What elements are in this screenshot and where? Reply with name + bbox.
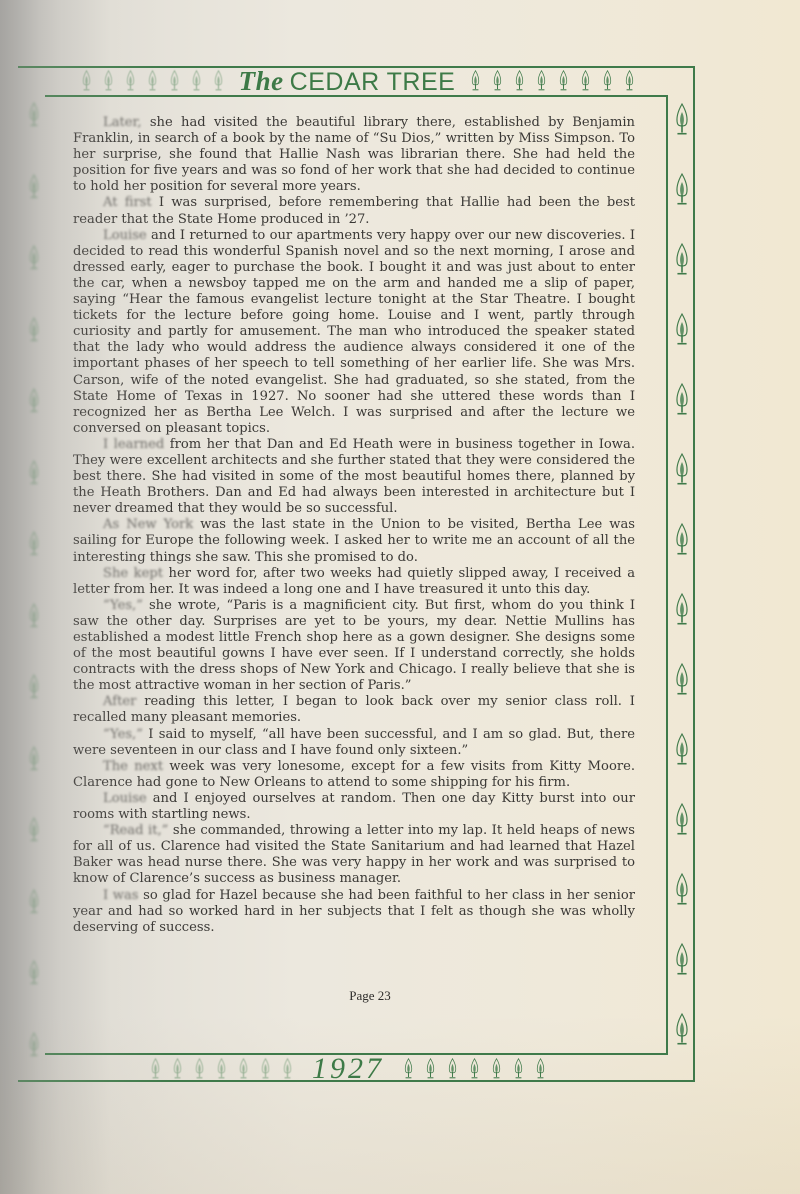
cedar-tree-icon xyxy=(557,70,570,92)
cedar-tree-icon xyxy=(28,172,40,202)
page-number: Page 23 xyxy=(310,988,430,1004)
cedar-tree-icon xyxy=(102,70,115,92)
cedar-tree-icon xyxy=(28,744,40,774)
paragraph: At first I was surprised, before remembe… xyxy=(73,195,635,227)
cedar-tree-icon xyxy=(490,1058,503,1080)
paragraph-text: so glad for Hazel because she had been f… xyxy=(73,888,635,935)
cedar-tree-icon xyxy=(674,450,690,490)
paragraph-text: I said to myself, “all have been success… xyxy=(73,727,635,758)
cedar-tree-icon xyxy=(28,315,40,345)
cedar-tree-icon xyxy=(28,243,40,273)
cedar-tree-icon xyxy=(28,458,40,488)
article-body: Later, she had visited the beautiful lib… xyxy=(73,115,635,936)
cedar-tree-icon xyxy=(28,529,40,559)
cedar-tree-icon xyxy=(171,1058,184,1080)
paragraph-lead: “Read it,” xyxy=(103,823,168,838)
cedar-tree-icon xyxy=(674,940,690,980)
paragraph: “Yes,” I said to myself, “all have been … xyxy=(73,727,635,759)
cedar-tree-icon xyxy=(28,100,40,130)
cedar-tree-icon xyxy=(674,100,690,140)
paragraph: Louise and I enjoyed ourselves at random… xyxy=(73,791,635,823)
paragraph-text: she wrote, “Paris is a magnificient city… xyxy=(73,598,635,693)
paragraph-text: and I returned to our apartments very ha… xyxy=(73,228,635,436)
cedar-tree-icon xyxy=(534,1058,547,1080)
cedar-tree-icon xyxy=(28,601,40,631)
footer-left-trees xyxy=(149,1058,294,1080)
paragraph: “Yes,” she wrote, “Paris is a magnificie… xyxy=(73,598,635,695)
cedar-tree-icon xyxy=(237,1058,250,1080)
title-prefix: The xyxy=(239,66,284,96)
page-title: TheCEDAR TREE xyxy=(239,68,456,95)
header-left-trees xyxy=(80,70,225,92)
cedar-tree-icon xyxy=(674,1010,690,1050)
cedar-tree-icon xyxy=(28,887,40,917)
paragraph-lead: “Yes,” xyxy=(103,598,143,613)
paragraph-lead: She kept xyxy=(103,566,163,581)
paragraph: I learned from her that Dan and Ed Heath… xyxy=(73,437,635,517)
paragraph-lead: Louise xyxy=(103,228,147,243)
footer-right-trees xyxy=(402,1058,547,1080)
paragraph-text: I was surprised, before remembering that… xyxy=(73,195,635,226)
cedar-tree-icon xyxy=(149,1058,162,1080)
title-main: CEDAR TREE xyxy=(290,68,456,96)
cedar-tree-icon xyxy=(424,1058,437,1080)
cedar-tree-icon xyxy=(623,70,636,92)
paragraph: Later, she had visited the beautiful lib… xyxy=(73,115,635,195)
cedar-tree-icon xyxy=(674,590,690,630)
cedar-tree-icon xyxy=(468,1058,481,1080)
header-band: TheCEDAR TREE xyxy=(28,68,688,94)
cedar-tree-icon xyxy=(674,170,690,210)
paragraph-lead: “Yes,” xyxy=(103,727,143,742)
paragraph-lead: After xyxy=(103,694,136,709)
cedar-tree-icon xyxy=(674,240,690,280)
header-right-trees xyxy=(469,70,636,92)
cedar-tree-icon xyxy=(674,310,690,350)
cedar-tree-icon xyxy=(28,815,40,845)
paragraph-lead: At first xyxy=(103,195,152,210)
paragraph-lead: Later, xyxy=(103,115,142,130)
cedar-tree-icon xyxy=(674,380,690,420)
cedar-tree-icon xyxy=(674,730,690,770)
cedar-tree-icon xyxy=(469,70,482,92)
cedar-tree-icon xyxy=(579,70,592,92)
paragraph-lead: I was xyxy=(103,888,139,903)
cedar-tree-icon xyxy=(80,70,93,92)
cedar-tree-icon xyxy=(193,1058,206,1080)
cedar-tree-icon xyxy=(512,1058,525,1080)
cedar-tree-icon xyxy=(674,660,690,700)
footer-band: 1927 xyxy=(28,1056,668,1082)
paragraph-text: and I enjoyed ourselves at random. Then … xyxy=(73,791,635,822)
cedar-tree-icon xyxy=(215,1058,228,1080)
paragraph-text: she had visited the beautiful library th… xyxy=(73,115,635,194)
cedar-tree-icon xyxy=(259,1058,272,1080)
paragraph: The next week was very lonesome, except … xyxy=(73,759,635,791)
paragraph-lead: The next xyxy=(103,759,163,774)
cedar-tree-icon xyxy=(535,70,548,92)
cedar-tree-icon xyxy=(674,520,690,560)
cedar-tree-icon xyxy=(674,870,690,910)
cedar-tree-icon xyxy=(28,672,40,702)
cedar-tree-icon xyxy=(446,1058,459,1080)
cedar-tree-icon xyxy=(674,800,690,840)
paragraph-text: reading this letter, I began to look bac… xyxy=(73,694,635,725)
cedar-tree-icon xyxy=(491,70,504,92)
cedar-tree-icon xyxy=(513,70,526,92)
paragraph: After reading this letter, I began to lo… xyxy=(73,694,635,726)
paragraph: I was so glad for Hazel because she had … xyxy=(73,888,635,936)
cedar-tree-icon xyxy=(168,70,181,92)
cedar-tree-icon xyxy=(124,70,137,92)
cedar-tree-icon xyxy=(212,70,225,92)
paragraph: “Read it,” she commanded, throwing a let… xyxy=(73,823,635,887)
cedar-tree-icon xyxy=(402,1058,415,1080)
cedar-tree-icon xyxy=(28,958,40,988)
paragraph: She kept her word for, after two weeks h… xyxy=(73,566,635,598)
cedar-tree-icon xyxy=(190,70,203,92)
paragraph-lead: Louise xyxy=(103,791,147,806)
cedar-tree-icon xyxy=(281,1058,294,1080)
cedar-tree-icon xyxy=(601,70,614,92)
paragraph-lead: I learned xyxy=(103,437,164,452)
paragraph: As New York was the last state in the Un… xyxy=(73,517,635,565)
paragraph: Louise and I returned to our apartments … xyxy=(73,228,635,437)
right-tree-column xyxy=(670,100,694,1050)
left-tree-column xyxy=(24,100,44,1060)
cedar-tree-icon xyxy=(28,386,40,416)
cedar-tree-icon xyxy=(146,70,159,92)
paragraph-lead: As New York xyxy=(103,517,193,532)
footer-year: 1927 xyxy=(312,1056,384,1082)
